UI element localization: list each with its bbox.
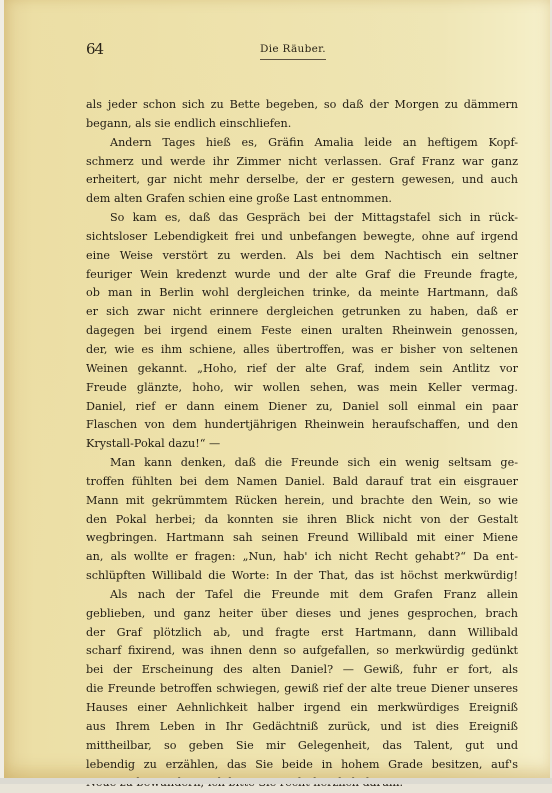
text-line: schmerz und werde ihr Zimmer nicht verla… bbox=[86, 153, 518, 172]
text-line: Mann mit gekrümmtem Rücken herein, und b… bbox=[86, 492, 518, 511]
text-line: der Graf plötzlich ab, und fragte erst H… bbox=[86, 624, 518, 643]
text-line: Andern Tages hieß es, Gräfin Amalia leid… bbox=[86, 134, 518, 153]
text-line: der, wie es ihm schiene, alles übertroff… bbox=[86, 341, 518, 360]
page-header: 64 Die Räuber. bbox=[86, 40, 514, 62]
text-line: lebendig zu erzählen, das Sie beide in h… bbox=[86, 756, 518, 775]
text-line: dem alten Grafen schien eine große Last … bbox=[86, 190, 518, 209]
text-line: troffen fühlten bei dem Namen Daniel. Ba… bbox=[86, 473, 518, 492]
text-line: wegbringen. Hartmann sah seinen Freund W… bbox=[86, 529, 518, 548]
text-line: bei der Erscheinung des alten Daniel? — … bbox=[86, 661, 518, 680]
text-line: eine Weise verstört zu werden. Als bei d… bbox=[86, 247, 518, 266]
paragraph-1: als jeder schon sich zu Bette begeben, s… bbox=[86, 96, 518, 134]
text-line: die Freunde betroffen schwiegen, gewiß r… bbox=[86, 680, 518, 699]
text-line: dagegen bei irgend einem Feste einen ura… bbox=[86, 322, 518, 341]
text-line: als jeder schon sich zu Bette begeben, s… bbox=[86, 96, 518, 115]
text-line: Hauses einer Aehnlichkeit halber irgend … bbox=[86, 699, 518, 718]
text-line: er sich zwar nicht erinnere dergleichen … bbox=[86, 303, 518, 322]
text-line: So kam es, daß das Gespräch bei der Mitt… bbox=[86, 209, 518, 228]
text-line: Daniel, rief er dann einem Diener zu, Da… bbox=[86, 398, 518, 417]
paragraph-5: Als nach der Tafel die Freunde mit dem G… bbox=[86, 586, 518, 784]
running-title: Die Räuber. bbox=[260, 43, 326, 60]
text-line: Flaschen von dem hundertjährigen Rheinwe… bbox=[86, 416, 518, 435]
text-line: Man kann denken, daß die Freunde sich ei… bbox=[86, 454, 518, 473]
text-line: ob man in Berlin wohl dergleichen trinke… bbox=[86, 284, 518, 303]
page-number: 64 bbox=[86, 40, 103, 58]
text-line: aus Ihrem Leben in Ihr Gedächtniß zurück… bbox=[86, 718, 518, 737]
text-line: begann, als sie endlich einschliefen. bbox=[86, 115, 518, 134]
paragraph-4: Man kann denken, daß die Freunde sich ei… bbox=[86, 454, 518, 586]
text-line: den Pokal herbei; da konnten sie ihren B… bbox=[86, 511, 518, 530]
text-line: Als nach der Tafel die Freunde mit dem G… bbox=[86, 586, 518, 605]
text-line: sichtsloser Lebendigkeit frei und unbefa… bbox=[86, 228, 518, 247]
paragraph-3: So kam es, daß das Gespräch bei der Mitt… bbox=[86, 209, 518, 454]
text-line: erheitert, gar nicht mehr derselbe, der … bbox=[86, 171, 518, 190]
text-line: Freude glänzte, hoho, wir wollen sehen, … bbox=[86, 379, 518, 398]
text-line: Weinen gekannt. „Hoho, rief der alte Gra… bbox=[86, 360, 518, 379]
text-line: scharf fixirend, was ihnen denn so aufge… bbox=[86, 642, 518, 661]
text-line: feuriger Wein kredenzt wurde und der alt… bbox=[86, 266, 518, 285]
text-line: an, als wollte er fragen: „Nun, hab' ich… bbox=[86, 548, 518, 567]
paragraph-2: Andern Tages hieß es, Gräfin Amalia leid… bbox=[86, 134, 518, 209]
scan-border bbox=[0, 778, 552, 784]
text-line: geblieben, und ganz heiter über dieses u… bbox=[86, 605, 518, 624]
text-line: mittheilbar, so geben Sie mir Gelegenhei… bbox=[86, 737, 518, 756]
page-edge bbox=[0, 0, 4, 778]
text-line: schlüpften Willibald die Worte: In der T… bbox=[86, 567, 518, 586]
text-line: Krystall-Pokal dazu!“ — bbox=[86, 435, 518, 454]
body-text: als jeder schon sich zu Bette begeben, s… bbox=[86, 96, 518, 784]
book-page: 64 Die Räuber. als jeder schon sich zu B… bbox=[0, 0, 550, 778]
